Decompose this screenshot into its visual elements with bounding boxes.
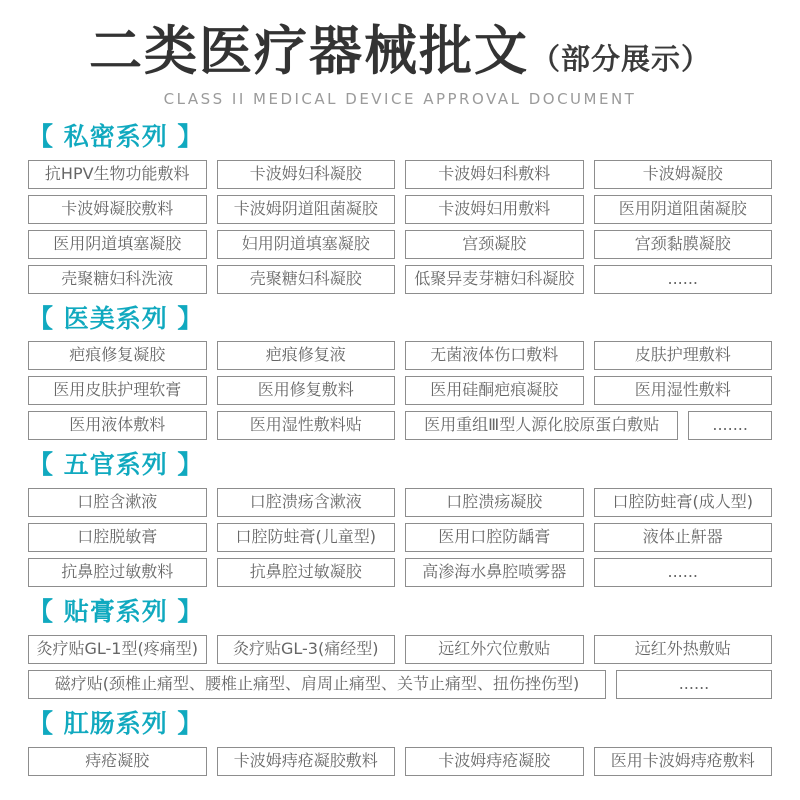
product-box: 医用口腔防龋膏	[405, 523, 584, 552]
product-box: 卡波姆妇科凝胶	[217, 160, 396, 189]
product-row: 医用液体敷料医用湿性敷料贴医用重组Ⅲ型人源化胶原蛋白敷贴.......	[28, 411, 772, 440]
product-box: ......	[594, 558, 773, 587]
product-box: 医用湿性敷料贴	[217, 411, 396, 440]
section-header-plaster: 【 贴膏系列 】	[28, 598, 772, 627]
product-row: 疤痕修复凝胶疤痕修复液无菌液体伤口敷料皮肤护理敷料	[28, 341, 772, 370]
product-box: 磁疗贴(颈椎止痛型、腰椎止痛型、肩周止痛型、关节止痛型、扭伤挫伤型)	[28, 670, 606, 699]
product-box: 医用液体敷料	[28, 411, 207, 440]
title-line: 二类医疗器械批文 （部分展示）	[0, 22, 800, 83]
product-box: 宫颈凝胶	[405, 230, 584, 259]
product-box: 卡波姆痔疮凝胶	[405, 747, 584, 776]
page-subtitle: CLASS II MEDICAL DEVICE APPROVAL DOCUMEN…	[0, 90, 800, 108]
product-box: 抗鼻腔过敏敷料	[28, 558, 207, 587]
product-box: 低聚异麦芽糖妇科凝胶	[405, 265, 584, 294]
product-box: 痔疮凝胶	[28, 747, 207, 776]
product-row: 壳聚糖妇科洗液壳聚糖妇科凝胶低聚异麦芽糖妇科凝胶......	[28, 265, 772, 294]
product-box: 卡波姆凝胶敷料	[28, 195, 207, 224]
section-anorectal: 【 肛肠系列 】痔疮凝胶卡波姆痔疮凝胶敷料卡波姆痔疮凝胶医用卡波姆痔疮敷料	[28, 710, 772, 776]
product-row: 灸疗贴GL-1型(疼痛型)灸疗贴GL-3(痛经型)远红外穴位敷贴远红外热敷贴	[28, 635, 772, 664]
product-box: 抗鼻腔过敏凝胶	[217, 558, 396, 587]
product-box: 医用阴道填塞凝胶	[28, 230, 207, 259]
section-header-private: 【 私密系列 】	[28, 123, 772, 152]
product-box: 医用皮肤护理软膏	[28, 376, 207, 405]
section-header-facial: 【 五官系列 】	[28, 451, 772, 480]
product-box: 无菌液体伤口敷料	[405, 341, 584, 370]
product-box: 灸疗贴GL-3(痛经型)	[217, 635, 396, 664]
product-box: 口腔溃疡凝胶	[405, 488, 584, 517]
product-row: 抗鼻腔过敏敷料抗鼻腔过敏凝胶高渗海水鼻腔喷雾器......	[28, 558, 772, 587]
product-box: 卡波姆凝胶	[594, 160, 773, 189]
product-box: ......	[594, 265, 773, 294]
product-box: 医用湿性敷料	[594, 376, 773, 405]
product-box: 疤痕修复凝胶	[28, 341, 207, 370]
product-box: 宫颈黏膜凝胶	[594, 230, 773, 259]
product-box: 医用硅酮疤痕凝胶	[405, 376, 584, 405]
product-box: 卡波姆阴道阻菌凝胶	[217, 195, 396, 224]
product-box: 医用重组Ⅲ型人源化胶原蛋白敷贴	[405, 411, 678, 440]
section-header-medical-beauty: 【 医美系列 】	[28, 305, 772, 334]
product-box: .......	[688, 411, 772, 440]
product-box: 卡波姆妇科敷料	[405, 160, 584, 189]
product-box: 卡波姆痔疮凝胶敷料	[217, 747, 396, 776]
product-box: 远红外穴位敷贴	[405, 635, 584, 664]
product-row: 卡波姆凝胶敷料卡波姆阴道阻菌凝胶卡波姆妇用敷料医用阴道阻菌凝胶	[28, 195, 772, 224]
page-title-suffix: （部分展示）	[531, 37, 711, 78]
product-row: 医用皮肤护理软膏医用修复敷料医用硅酮疤痕凝胶医用湿性敷料	[28, 376, 772, 405]
product-box: 口腔脱敏膏	[28, 523, 207, 552]
product-box: 壳聚糖妇科洗液	[28, 265, 207, 294]
section-medical-beauty: 【 医美系列 】疤痕修复凝胶疤痕修复液无菌液体伤口敷料皮肤护理敷料医用皮肤护理软…	[28, 305, 772, 441]
product-row: 口腔脱敏膏口腔防蛀膏(儿童型)医用口腔防龋膏液体止鼾器	[28, 523, 772, 552]
product-row: 抗HPV生物功能敷料卡波姆妇科凝胶卡波姆妇科敷料卡波姆凝胶	[28, 160, 772, 189]
section-facial: 【 五官系列 】口腔含漱液口腔溃疡含漱液口腔溃疡凝胶口腔防蛀膏(成人型)口腔脱敏…	[28, 451, 772, 587]
product-box: 壳聚糖妇科凝胶	[217, 265, 396, 294]
product-box: 口腔溃疡含漱液	[217, 488, 396, 517]
product-box: 远红外热敷贴	[594, 635, 773, 664]
title-block: 二类医疗器械批文 （部分展示） CLASS II MEDICAL DEVICE …	[0, 0, 800, 108]
product-box: 皮肤护理敷料	[594, 341, 773, 370]
section-plaster: 【 贴膏系列 】灸疗贴GL-1型(疼痛型)灸疗贴GL-3(痛经型)远红外穴位敷贴…	[28, 598, 772, 699]
product-row: 医用阴道填塞凝胶妇用阴道填塞凝胶宫颈凝胶宫颈黏膜凝胶	[28, 230, 772, 259]
product-box: 液体止鼾器	[594, 523, 773, 552]
product-box: 抗HPV生物功能敷料	[28, 160, 207, 189]
content: 【 私密系列 】抗HPV生物功能敷料卡波姆妇科凝胶卡波姆妇科敷料卡波姆凝胶卡波姆…	[0, 108, 800, 776]
product-row: 痔疮凝胶卡波姆痔疮凝胶敷料卡波姆痔疮凝胶医用卡波姆痔疮敷料	[28, 747, 772, 776]
product-box: 医用修复敷料	[217, 376, 396, 405]
product-box: 口腔防蛀膏(成人型)	[594, 488, 773, 517]
product-box: 口腔防蛀膏(儿童型)	[217, 523, 396, 552]
product-box: 疤痕修复液	[217, 341, 396, 370]
section-private: 【 私密系列 】抗HPV生物功能敷料卡波姆妇科凝胶卡波姆妇科敷料卡波姆凝胶卡波姆…	[28, 123, 772, 294]
poster-page: 二类医疗器械批文 （部分展示） CLASS II MEDICAL DEVICE …	[0, 0, 800, 800]
product-box: 灸疗贴GL-1型(疼痛型)	[28, 635, 207, 664]
product-box: 医用卡波姆痔疮敷料	[594, 747, 773, 776]
product-box: 高渗海水鼻腔喷雾器	[405, 558, 584, 587]
product-box: ......	[616, 670, 772, 699]
product-row: 磁疗贴(颈椎止痛型、腰椎止痛型、肩周止痛型、关节止痛型、扭伤挫伤型)......	[28, 670, 772, 699]
section-header-anorectal: 【 肛肠系列 】	[28, 710, 772, 739]
product-box: 卡波姆妇用敷料	[405, 195, 584, 224]
product-box: 医用阴道阻菌凝胶	[594, 195, 773, 224]
product-row: 口腔含漱液口腔溃疡含漱液口腔溃疡凝胶口腔防蛀膏(成人型)	[28, 488, 772, 517]
product-box: 妇用阴道填塞凝胶	[217, 230, 396, 259]
page-title: 二类医疗器械批文	[89, 22, 529, 83]
product-box: 口腔含漱液	[28, 488, 207, 517]
